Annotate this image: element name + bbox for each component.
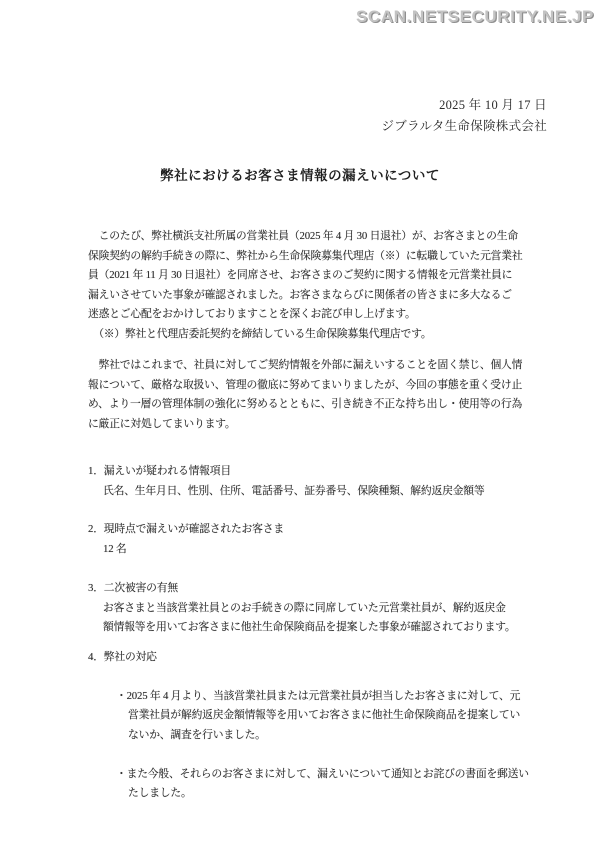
item-3-heading: 3．二次被害の有無: [88, 579, 534, 599]
item-3-body: お客さまと当該営業社員とのお手続きの際に同席していた元営業社員が、解約返戻金 額…: [88, 599, 534, 638]
list-item-4: 4．弊社の対応 ・2025 年 4 月より、当該営業社員または元営業社員が担当し…: [88, 648, 534, 824]
document-body: このたび、弊社横浜支社所属の営業社員（2025 年 4 月 30 日退社）が、お…: [88, 227, 534, 823]
item-4-bullet-2: ・また今般、それらのお客さまに対して、漏えいについて通知とお詫びの書面を郵送い …: [103, 765, 534, 804]
list-item-3: 3．二次被害の有無 お客さまと当該営業社員とのお手続きの際に同席していた元営業社…: [88, 579, 534, 638]
document-title: 弊社におけるお客さま情報の漏えいについて: [0, 164, 600, 184]
company-name: ジブラルタ生命保険株式会社: [381, 116, 547, 137]
item-1-heading: 1．漏えいが疑われる情報項目: [88, 462, 534, 482]
item-1-body: 氏名、生年月日、性別、住所、電話番号、証券番号、保険種類、解約返戻金額等: [88, 482, 534, 502]
item-4-bullet-1: ・2025 年 4 月より、当該営業社員または元営業社員が担当したお客さまに対し…: [103, 687, 534, 746]
paragraph-policy-response: 弊社ではこれまで、社員に対してご契約情報を外部に漏えいすることを固く禁じ、個人情…: [88, 356, 534, 434]
list-item-2: 2．現時点で漏えいが確認されたお客さま 12 名: [88, 520, 534, 559]
item-2-body: 12 名: [88, 540, 534, 560]
document-date: 2025 年 10 月 17 日: [381, 95, 547, 116]
date-company-block: 2025 年 10 月 17 日 ジブラルタ生命保険株式会社: [381, 95, 547, 137]
scanned-document-page: SCAN.NETSECURITY.NE.JP 2025 年 10 月 17 日 …: [0, 0, 600, 850]
item-4-body: ・2025 年 4 月より、当該営業社員または元営業社員が担当したお客さまに対し…: [88, 667, 534, 823]
paragraph-incident-summary: このたび、弊社横浜支社所属の営業社員（2025 年 4 月 30 日退社）が、お…: [88, 227, 534, 344]
item-4-heading: 4．弊社の対応: [88, 648, 534, 668]
site-watermark: SCAN.NETSECURITY.NE.JP: [356, 7, 594, 27]
list-item-1: 1．漏えいが疑われる情報項目 氏名、生年月日、性別、住所、電話番号、証券番号、保…: [88, 462, 534, 501]
item-2-heading: 2．現時点で漏えいが確認されたお客さま: [88, 520, 534, 540]
